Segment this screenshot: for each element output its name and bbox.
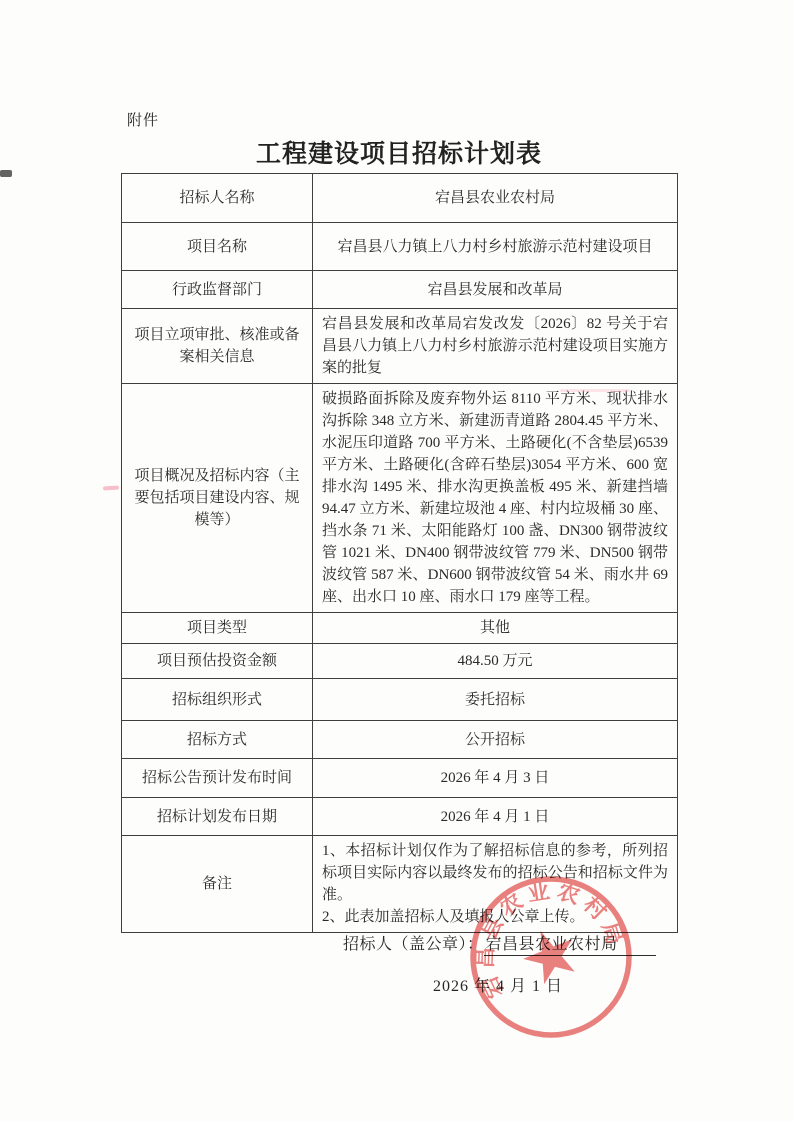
table-row: 项目立项审批、核准或备案相关信息 宕昌县发展和改革局宕发改发〔2026〕82 号… bbox=[122, 309, 678, 384]
row-label: 招标组织形式 bbox=[122, 679, 313, 721]
row-label: 招标计划发布日期 bbox=[122, 798, 313, 836]
row-value: 宕昌县发展和改革局 bbox=[313, 271, 678, 309]
table-row: 招标计划发布日期 2026 年 4 月 1 日 bbox=[122, 798, 678, 836]
row-value: 宕昌县发展和改革局宕发改发〔2026〕82 号关于宕昌县八力镇上八力村乡村旅游示… bbox=[313, 309, 678, 384]
row-value: 宕昌县农业农村局 bbox=[313, 174, 678, 223]
signature-date: 2026 年 4 月 1 日 bbox=[433, 973, 563, 996]
row-value: 其他 bbox=[313, 613, 678, 644]
table-row: 项目类型 其他 bbox=[122, 613, 678, 644]
scan-artifact-pink-streak bbox=[560, 389, 630, 392]
table-row: 行政监督部门 宕昌县发展和改革局 bbox=[122, 271, 678, 309]
row-label: 行政监督部门 bbox=[122, 271, 313, 309]
row-label: 项目名称 bbox=[122, 223, 313, 271]
row-value: 2026 年 4 月 3 日 bbox=[313, 759, 678, 798]
table-row: 项目预估投资金额 484.50 万元 bbox=[122, 644, 678, 679]
signer-label: 招标人（盖公章）： bbox=[343, 936, 484, 953]
row-label: 项目类型 bbox=[122, 613, 313, 644]
row-label: 招标公告预计发布时间 bbox=[122, 759, 313, 798]
row-label: 招标方式 bbox=[122, 721, 313, 759]
bidding-plan-table: 招标人名称 宕昌县农业农村局 项目名称 宕昌县八力镇上八力村乡村旅游示范村建设项… bbox=[121, 173, 678, 933]
table-row: 招标组织形式 委托招标 bbox=[122, 679, 678, 721]
row-label: 项目立项审批、核准或备案相关信息 bbox=[122, 309, 313, 384]
row-label: 项目预估投资金额 bbox=[122, 644, 313, 679]
signer-line: 招标人（盖公章）：宕昌县农业农村局 bbox=[343, 931, 656, 956]
row-value: 委托招标 bbox=[313, 679, 678, 721]
row-label: 备注 bbox=[122, 836, 313, 933]
table-row: 招标方式 公开招标 bbox=[122, 721, 678, 759]
table-row: 招标人名称 宕昌县农业农村局 bbox=[122, 174, 678, 223]
row-value: 484.50 万元 bbox=[313, 644, 678, 679]
table-row: 招标公告预计发布时间 2026 年 4 月 3 日 bbox=[122, 759, 678, 798]
table-row: 项目名称 宕昌县八力镇上八力村乡村旅游示范村建设项目 bbox=[122, 223, 678, 271]
row-value: 公开招标 bbox=[313, 721, 678, 759]
scan-artifact-edge-mark bbox=[0, 170, 12, 177]
scanned-document-page: { "page": { "attachment_label": "附件", "t… bbox=[0, 0, 793, 1122]
page-title: 工程建设项目招标计划表 bbox=[121, 134, 677, 170]
attachment-label: 附件 bbox=[127, 109, 159, 130]
row-value: 1、本招标计划仅作为了解招标信息的参考，所列招标项目实际内容以最终发布的招标公告… bbox=[313, 836, 678, 933]
table-row: 备注 1、本招标计划仅作为了解招标信息的参考，所列招标项目实际内容以最终发布的招… bbox=[122, 836, 678, 933]
row-value: 2026 年 4 月 1 日 bbox=[313, 798, 678, 836]
row-label: 招标人名称 bbox=[122, 174, 313, 223]
row-value: 破损路面拆除及废弃物外运 8110 平方米、现状排水沟拆除 348 立方米、新建… bbox=[313, 384, 678, 613]
row-label: 项目概况及招标内容（主要包括项目建设内容、规模等） bbox=[122, 384, 313, 613]
scan-artifact-pink-mark bbox=[103, 485, 119, 490]
row-value: 宕昌县八力镇上八力村乡村旅游示范村建设项目 bbox=[313, 223, 678, 271]
table-row: 项目概况及招标内容（主要包括项目建设内容、规模等） 破损路面拆除及废弃物外运 8… bbox=[122, 384, 678, 613]
signer-name: 宕昌县农业农村局 bbox=[484, 931, 656, 956]
